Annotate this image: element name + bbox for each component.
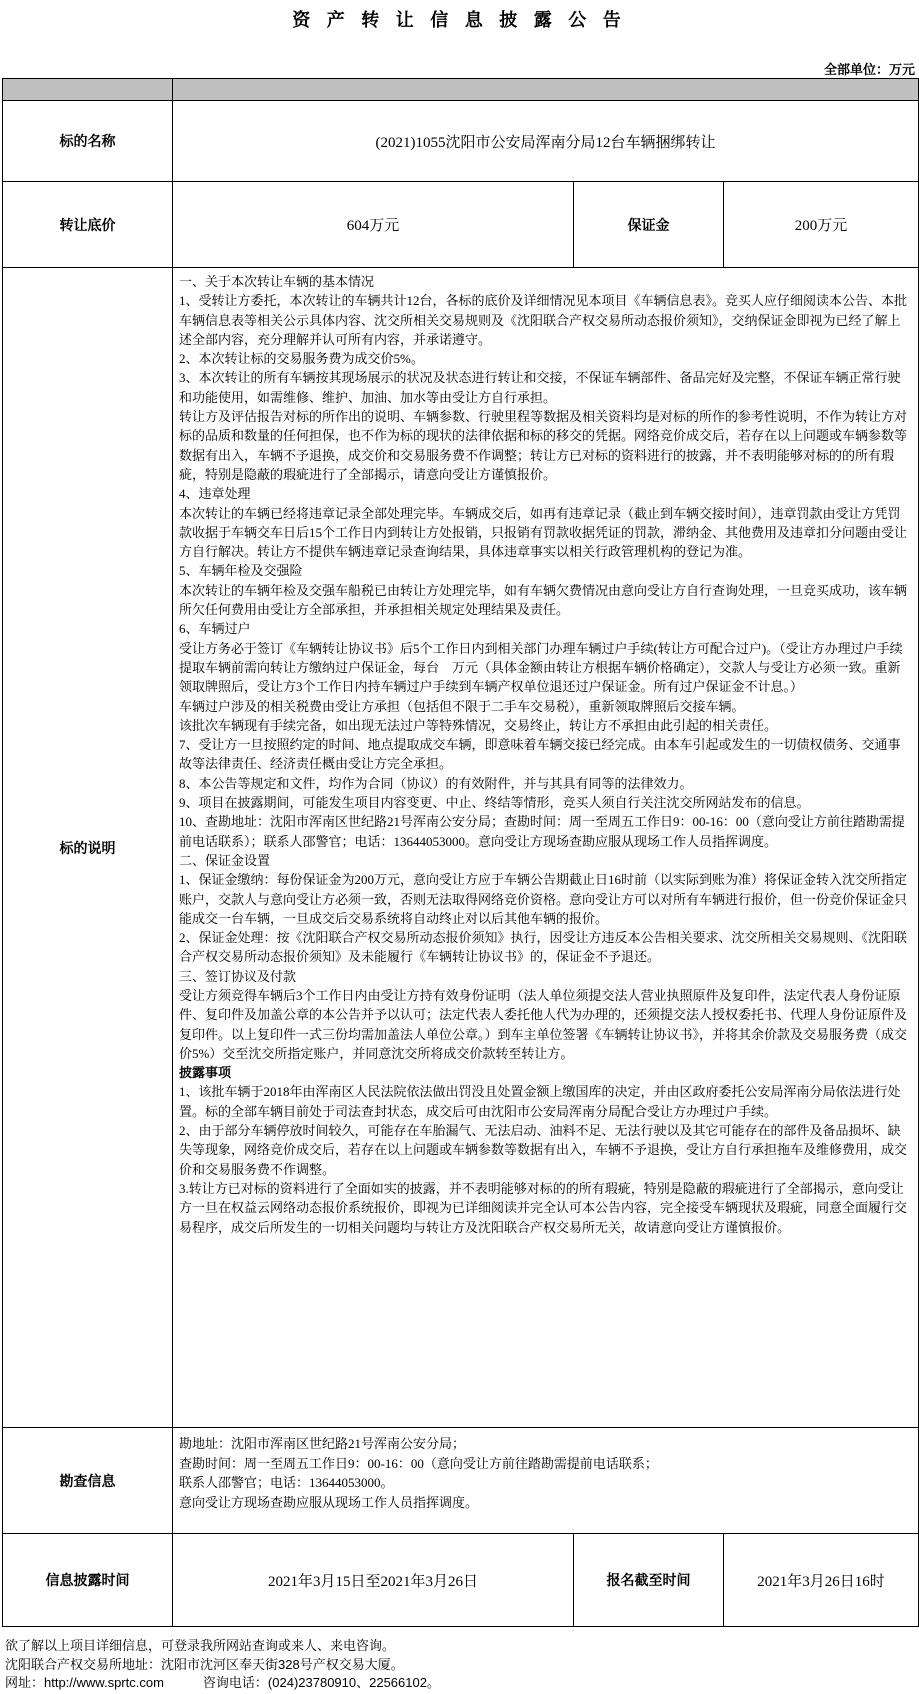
survey-text: 勘地址：沈阳市浑南区世纪路21号浑南公安分局；查勘时间：周一至周五工作日9：00… bbox=[173, 1428, 918, 1512]
header-strip-cell-left bbox=[3, 79, 173, 101]
description-paragraph: 7、受让方一旦按照约定的时间、地点提取成交车辆，即意味着车辆交接已经完成。由本车… bbox=[179, 735, 912, 774]
description-label: 标的说明 bbox=[3, 268, 173, 1428]
unit-note: 全部单位：万元 bbox=[824, 59, 915, 78]
description-paragraph: 披露事项 bbox=[179, 1063, 912, 1082]
deadline-label: 报名截至时间 bbox=[574, 1534, 724, 1627]
description-paragraph: 1、该批车辆于2018年由浑南区人民法院依法做出罚没且处置金额上缴国库的决定，并… bbox=[179, 1082, 912, 1121]
announcement-page: 资 产 转 让 信 息 披 露 公 告 全部单位：万元 标的名称 (2021)1… bbox=[0, 0, 919, 1694]
survey-cell: 勘地址：沈阳市浑南区世纪路21号浑南公安分局；查勘时间：周一至周五工作日9：00… bbox=[173, 1428, 919, 1534]
footer-notes: 欲了解以上项目详细信息，可登录我所网站查询或来人、来电咨询。沈阳联合产权交易所地… bbox=[5, 1637, 440, 1693]
description-paragraph: 10、查勘地址：沈阳市浑南区世纪路21号浑南公安分局；查勘时间：周一至周五工作日… bbox=[179, 812, 912, 851]
description-paragraph: 1、保证金缴纳：每份保证金为200万元，意向受让方应于车辆公告期截止日16时前（… bbox=[179, 870, 912, 928]
description-text: 一、关于本次转让车辆的基本情况1、受转让方委托，本次转让的车辆共计12台，各标的… bbox=[173, 268, 918, 1237]
description-paragraph: 6、车辆过户 bbox=[179, 619, 912, 638]
description-paragraph: 二、保证金设置 bbox=[179, 851, 912, 870]
page-title: 资 产 转 让 信 息 披 露 公 告 bbox=[0, 6, 919, 32]
footer-line: 沈阳联合产权交易所地址：沈阳市沈河区奉天街328号产权交易大厦。 bbox=[5, 1656, 440, 1675]
description-paragraph: 本次转让的车辆年检及交强车船税已由转让方处理完毕，如有车辆欠费情况由意向受让方自… bbox=[179, 581, 912, 620]
description-paragraph: 车辆过户涉及的相关税费由受让方承担（包括但不限于二手车交易税），重新领取牌照后交… bbox=[179, 697, 912, 716]
description-paragraph: 2、保证金处理：按《沈阳联合产权交易所动态报价须知》执行，因受让方违反本公告相关… bbox=[179, 928, 912, 967]
survey-line: 意向受让方现场查勘应服从现场工作人员指挥调度。 bbox=[179, 1493, 912, 1513]
table-header-strip bbox=[3, 79, 919, 101]
subject-name-label: 标的名称 bbox=[3, 101, 173, 182]
row-time: 信息披露时间 2021年3月15日至2021年3月26日 报名截至时间 2021… bbox=[3, 1534, 919, 1627]
survey-label: 勘查信息 bbox=[3, 1428, 173, 1534]
description-paragraph: 4、违章处理 bbox=[179, 484, 912, 503]
description-paragraph: 受让方务必于签订《车辆转让协议书》后5个工作日内到相关部门办理车辆过户手续(转让… bbox=[179, 639, 912, 697]
row-survey: 勘查信息 勘地址：沈阳市浑南区世纪路21号浑南公安分局；查勘时间：周一至周五工作… bbox=[3, 1428, 919, 1534]
deposit-value: 200万元 bbox=[724, 182, 919, 268]
survey-line: 联系人邵警官；电话：13644053000。 bbox=[179, 1473, 912, 1493]
description-paragraph: 该批次车辆现有手续完备，如出现无法过户等特殊情况，交易终止，转让方不承担由此引起… bbox=[179, 716, 912, 735]
description-paragraph: 受让方须竞得车辆后3个工作日内由受让方持有效身份证明（法人单位须提交法人营业执照… bbox=[179, 986, 912, 1063]
deposit-label: 保证金 bbox=[574, 182, 724, 268]
description-paragraph: 9、项目在披露期间，可能发生项目内容变更、中止、终结等情形，竞买人须自行关注沈交… bbox=[179, 793, 912, 812]
header-strip-cell-right bbox=[173, 79, 919, 101]
description-paragraph: 一、关于本次转让车辆的基本情况 bbox=[179, 272, 912, 291]
footer-line: 网址：http://www.sprtc.com 咨询电话：(024)237809… bbox=[5, 1674, 440, 1693]
survey-line: 勘地址：沈阳市浑南区世纪路21号浑南公安分局； bbox=[179, 1434, 912, 1454]
description-paragraph: 2、由于部分车辆停放时间较久，可能存在车胎漏气、无法启动、油料不足、无法行驶以及… bbox=[179, 1121, 912, 1179]
description-paragraph: 8、本公告等规定和文件，均作为合同（协议）的有效附件，并与其具有同等的法律效力。 bbox=[179, 774, 912, 793]
description-paragraph: 3.转让方已对标的资料进行了全面如实的披露，并不表明能够对标的的所有瑕疵，特别是… bbox=[179, 1179, 912, 1237]
description-paragraph: 2、本次转让标的交易服务费为成交价5%。 bbox=[179, 349, 912, 368]
base-price-label: 转让底价 bbox=[3, 182, 173, 268]
description-paragraph: 3、本次转让的所有车辆按其现场展示的状况及状态进行转让和交接，不保证车辆部件、备… bbox=[179, 368, 912, 407]
subject-name-value: (2021)1055沈阳市公安局浑南分局12台车辆捆绑转让 bbox=[173, 101, 919, 182]
description-paragraph: 本次转让的车辆已经将违章记录全部处理完毕。车辆成交后，如再有违章记录（截止到车辆… bbox=[179, 504, 912, 562]
disclosure-time-value: 2021年3月15日至2021年3月26日 bbox=[173, 1534, 574, 1627]
description-paragraph: 三、签订协议及付款 bbox=[179, 967, 912, 986]
row-description: 标的说明 一、关于本次转让车辆的基本情况1、受转让方委托，本次转让的车辆共计12… bbox=[3, 268, 919, 1428]
row-subject-name: 标的名称 (2021)1055沈阳市公安局浑南分局12台车辆捆绑转让 bbox=[3, 101, 919, 182]
footer-line: 欲了解以上项目详细信息，可登录我所网站查询或来人、来电咨询。 bbox=[5, 1637, 440, 1656]
description-paragraph: 5、车辆年检及交强险 bbox=[179, 561, 912, 580]
description-paragraph: 1、受转让方委托，本次转让的车辆共计12台，各标的底价及详细情况见本项目《车辆信… bbox=[179, 291, 912, 349]
description-cell: 一、关于本次转让车辆的基本情况1、受转让方委托，本次转让的车辆共计12台，各标的… bbox=[173, 268, 919, 1428]
disclosure-time-label: 信息披露时间 bbox=[3, 1534, 173, 1627]
base-price-value: 604万元 bbox=[173, 182, 574, 268]
deadline-value: 2021年3月26日16时 bbox=[724, 1534, 919, 1627]
row-price: 转让底价 604万元 保证金 200万元 bbox=[3, 182, 919, 268]
announcement-table: 标的名称 (2021)1055沈阳市公安局浑南分局12台车辆捆绑转让 转让底价 … bbox=[2, 78, 919, 1627]
description-paragraph: 转让方及评估报告对标的所作出的说明、车辆参数、行驶里程等数据及相关资料均是对标的… bbox=[179, 407, 912, 484]
survey-line: 查勘时间：周一至周五工作日9：00-16：00（意向受让方前往踏勘需提前电话联系… bbox=[179, 1454, 912, 1474]
